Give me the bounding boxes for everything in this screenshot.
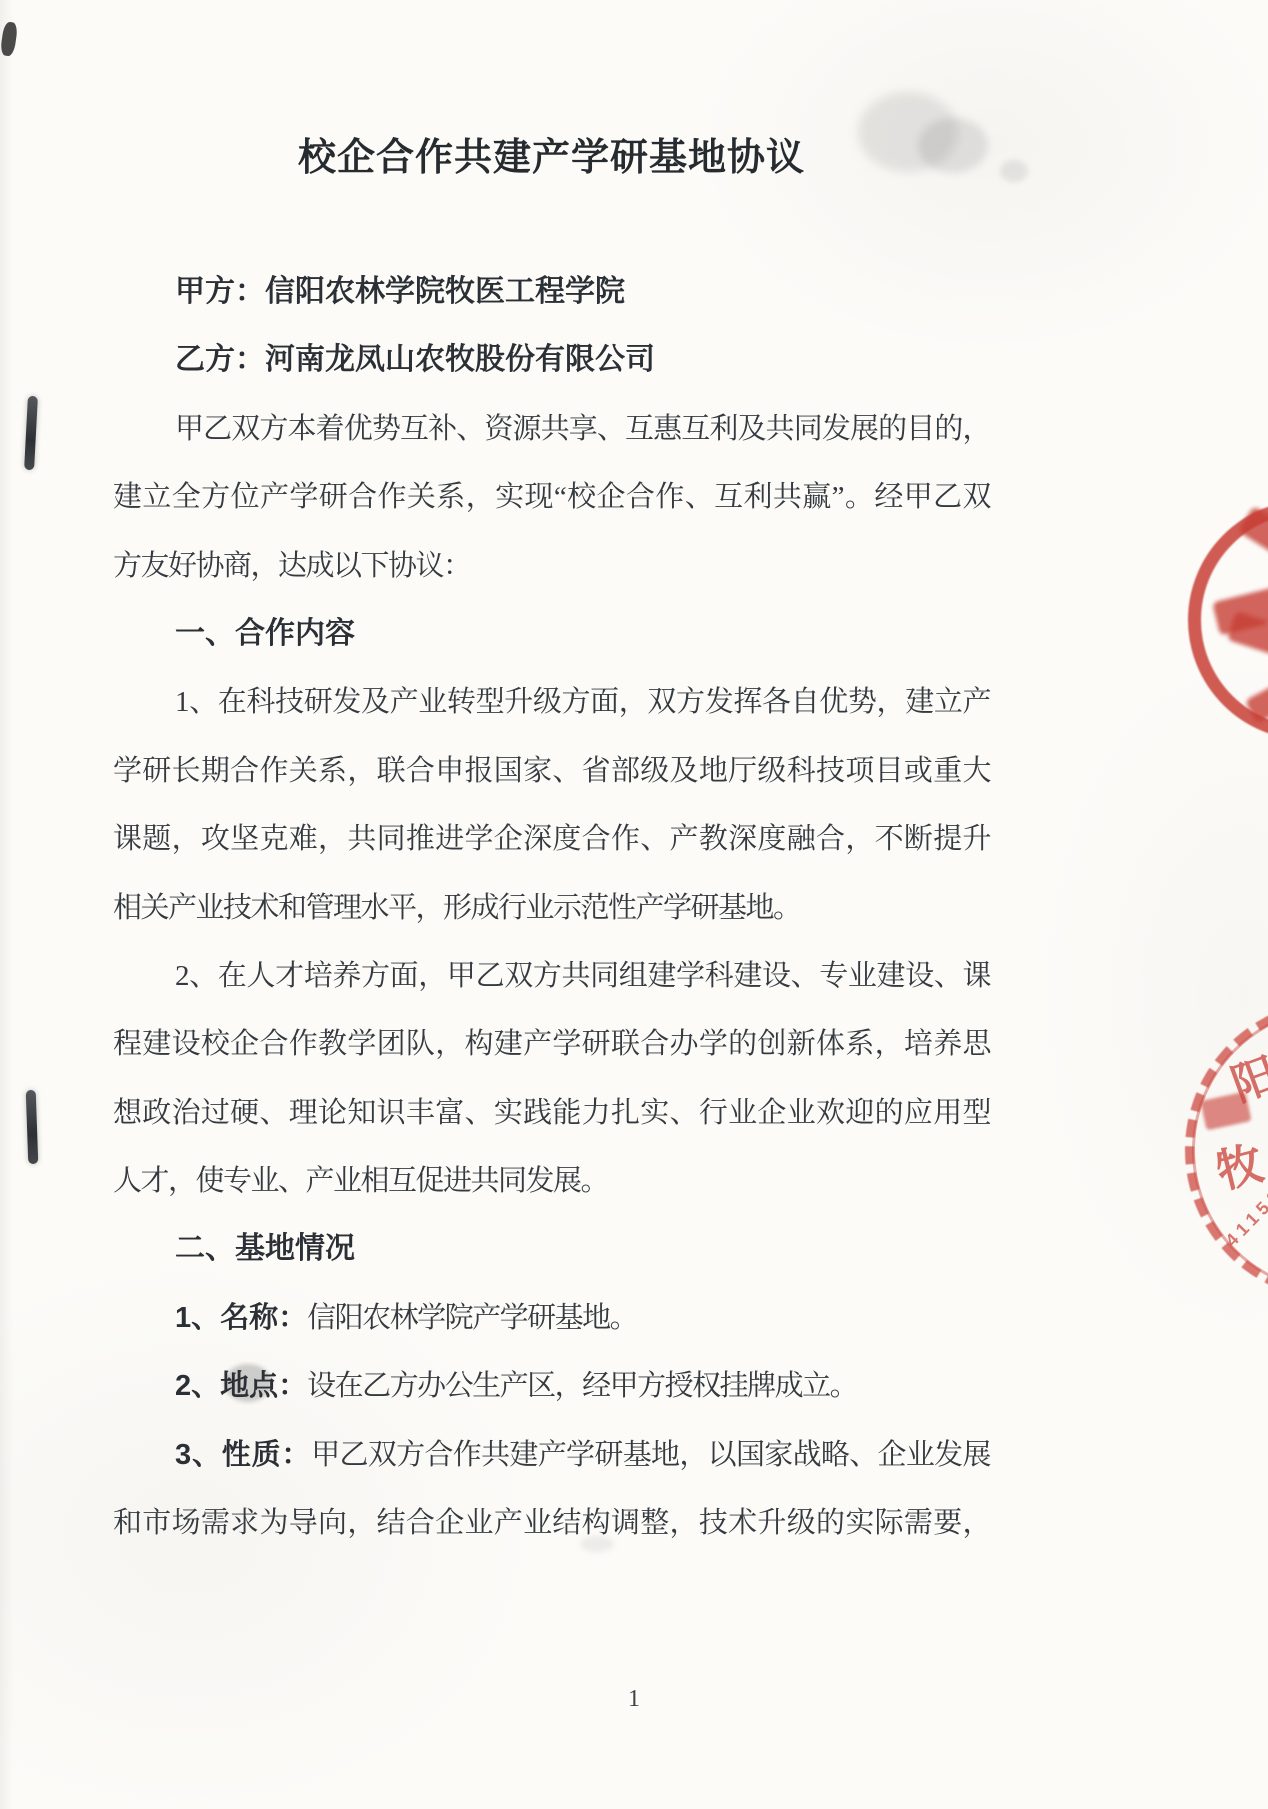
text-line-body: 建立全方位产学研合作关系，实现“校企合作、互利共赢”。经甲乙双 [113, 463, 990, 531]
line-text: 1、在科技研发及产业转型升级方面，双方发挥各自优势，建立产 [175, 686, 990, 718]
seal-serial-digits: 4115060 [1221, 1162, 1268, 1251]
staple-mark-top [24, 396, 38, 470]
line-label: 乙方： [175, 343, 265, 376]
line-text: 和市场需求为导向，结合企业产业结构调整，技术升级的实际需要， [113, 1507, 990, 1539]
text-line-party: 乙方：河南龙凤山农牧股份有限公司 [113, 326, 990, 394]
seal-ink-blob [1200, 1092, 1251, 1131]
line-label: 甲方： [175, 275, 265, 308]
scanned-document-page: 校企合作共建产学研基地协议 甲方：信阳农林学院牧医工程学院乙方：河南龙凤山农牧股… [0, 0, 1268, 1809]
line-text: 二、基地情况 [175, 1232, 355, 1265]
document-title: 校企合作共建产学研基地协议 [113, 126, 990, 181]
line-label: 1、名称： [175, 1302, 307, 1334]
text-line-body: 2、在人才培养方面，甲乙双方共同组建学科建设、专业建设、课 [113, 942, 990, 1010]
document-body: 甲方：信阳农林学院牧医工程学院乙方：河南龙凤山农牧股份有限公司甲乙双方本着优势互… [113, 258, 990, 1557]
scan-artifact-corner [0, 21, 18, 57]
text-line-body: 想政治过硬、理论知识丰富、实践能力扎实、行业企业欢迎的应用型 [113, 1079, 990, 1147]
seal-ring [1188, 500, 1268, 740]
line-text: 人才，使专业、产业相互促进共同发展。 [113, 1165, 608, 1197]
line-text: 相关产业技术和管理水平，形成行业示范性产学研基地。 [113, 892, 801, 924]
text-line-heading: 一、合作内容 [113, 600, 990, 668]
line-label: 3、性质： [175, 1439, 311, 1471]
seal-characters: 牧医 [1209, 1112, 1268, 1202]
line-text: 信阳农林学院产学研基地。 [307, 1302, 637, 1334]
seal-ink-blob [1238, 506, 1268, 600]
line-text: 设在乙方办公生产区，经甲方授权挂牌成立。 [307, 1370, 857, 1402]
line-text: 学研长期合作关系，联合申报国家、省部级及地厅级科技项目或重大 [113, 755, 990, 787]
line-text: 甲乙双方本着优势互补、资源共享、互惠互利及共同发展的目的， [175, 413, 990, 445]
text-line-party: 甲方：信阳农林学院牧医工程学院 [113, 258, 990, 326]
text-line-heading: 二、基地情况 [113, 1215, 990, 1283]
text-line-body: 程建设校企合作教学团队，构建产学研联合办学的创新体系，培养思 [113, 1010, 990, 1078]
line-text: 信阳农林学院牧医工程学院 [265, 275, 625, 308]
text-line-body: 方友好协商，达成以下协议： [113, 532, 990, 600]
line-text: 方友好协商，达成以下协议： [113, 550, 471, 582]
seal-inner-ring [1192, 1007, 1268, 1293]
seal-character: 阳 [1221, 1038, 1268, 1113]
text-line-body: 人才，使专业、产业相互促进共同发展。 [113, 1147, 990, 1215]
page-number: 1 [0, 1686, 1268, 1713]
seal-ink-blob [1212, 566, 1268, 635]
scan-smudge [1000, 160, 1028, 182]
seal-ring [1185, 1000, 1268, 1300]
red-seal-stamp-upper [1188, 500, 1268, 740]
seal-ink-blob [1245, 646, 1268, 723]
seal-ink-blob [1227, 611, 1268, 683]
line-text: 甲乙双方合作共建产学研基地，以国家战略、企业发展 [311, 1439, 990, 1471]
line-text: 河南龙凤山农牧股份有限公司 [265, 343, 655, 376]
line-text: 2、在人才培养方面，甲乙双方共同组建学科建设、专业建设、课 [175, 960, 990, 992]
line-label: 2、地点： [175, 1370, 307, 1402]
text-line-item: 3、性质：甲乙双方合作共建产学研基地，以国家战略、企业发展 [113, 1421, 990, 1489]
line-text: 建立全方位产学研合作关系，实现“校企合作、互利共赢”。经甲乙双 [113, 481, 990, 513]
staple-mark-bottom [26, 1090, 39, 1164]
text-line-body: 课题，攻坚克难，共同推进学企深度合作、产教深度融合，不断提升 [113, 805, 990, 873]
line-text: 想政治过硬、理论知识丰富、实践能力扎实、行业企业欢迎的应用型 [113, 1097, 990, 1129]
text-line-item: 2、地点：设在乙方办公生产区，经甲方授权挂牌成立。 [113, 1352, 990, 1420]
text-line-body: 学研长期合作关系，联合申报国家、省部级及地厅级科技项目或重大 [113, 737, 990, 805]
line-text: 课题，攻坚克难，共同推进学企深度合作、产教深度融合，不断提升 [113, 823, 990, 855]
text-line-body: 1、在科技研发及产业转型升级方面，双方发挥各自优势，建立产 [113, 668, 990, 736]
text-line-body: 相关产业技术和管理水平，形成行业示范性产学研基地。 [113, 874, 990, 942]
text-line-item: 1、名称：信阳农林学院产学研基地。 [113, 1284, 990, 1352]
red-seal-stamp-lower: 阳 牧医 4115060 [1185, 1000, 1268, 1300]
line-text: 一、合作内容 [175, 617, 355, 650]
text-line-body: 甲乙双方本着优势互补、资源共享、互惠互利及共同发展的目的， [113, 395, 990, 463]
text-line-body: 和市场需求为导向，结合企业产业结构调整，技术升级的实际需要， [113, 1489, 990, 1557]
line-text: 程建设校企合作教学团队，构建产学研联合办学的创新体系，培养思 [113, 1028, 990, 1060]
